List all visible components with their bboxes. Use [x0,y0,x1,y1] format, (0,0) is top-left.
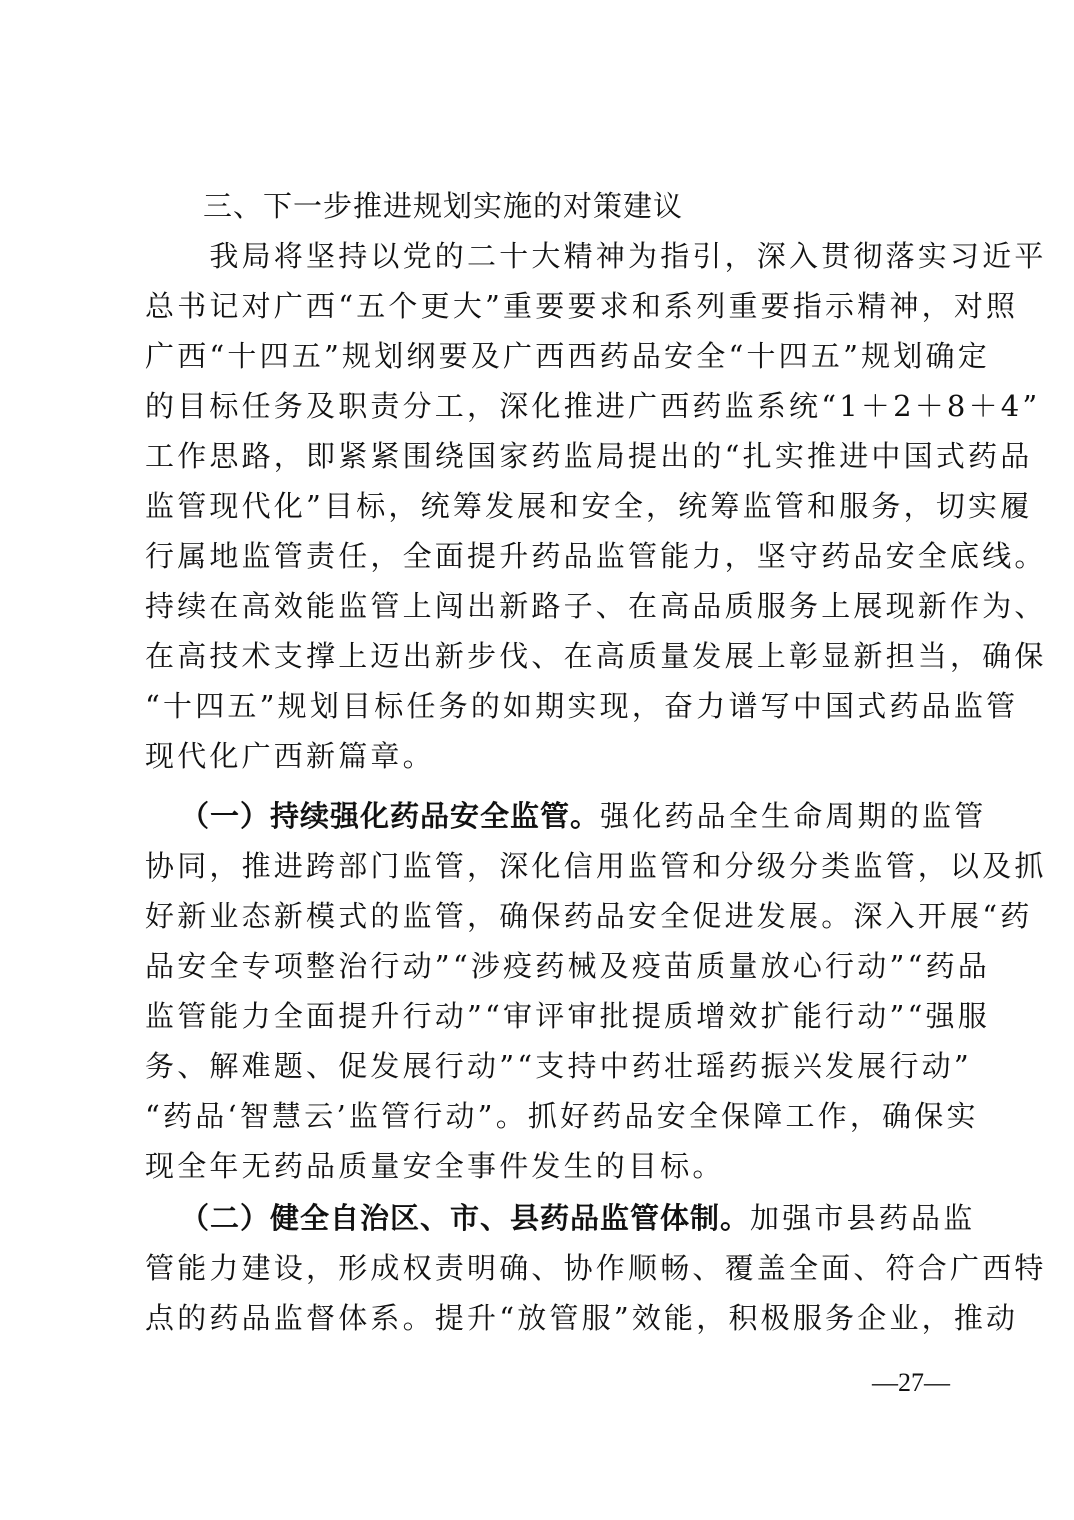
paragraph-line: “十四五”规划目标任务的如期实现，奋力谱写中国式药品监管 [145,686,945,726]
subsection-first-line: （一）持续强化药品安全监管。强化药品全生命周期的监管 [180,796,980,836]
page-number: —27— [872,1366,950,1400]
paragraph-line: “药品‘智慧云’监管行动”。抓好药品安全保障工作，确保实 [145,1096,945,1136]
paragraph-line: 行属地监管责任，全面提升药品监管能力，坚守药品安全底线。 [145,536,945,576]
subsection-text: 加强市县药品监 [750,1201,975,1235]
section-heading: 三、下一步推进规划实施的对策建议 [203,186,1003,226]
paragraph-line: 的目标任务及职责分工，深化推进广西药监系统“1＋2＋8＋4” [145,386,945,426]
paragraph-line: 点的药品监督体系。提升“放管服”效能，积极服务企业，推动 [145,1298,945,1338]
paragraph-line: 持续在高效能监管上闯出新路子、在高品质服务上展现新作为、 [145,586,945,626]
subsection-first-line: （二）健全自治区、市、县药品监管体制。加强市县药品监 [180,1198,980,1238]
paragraph-line: 监管现代化”目标，统筹发展和安全，统筹监管和服务，切实履 [145,486,945,526]
paragraph-line: 现全年无药品质量安全事件发生的目标。 [145,1146,945,1186]
paragraph-line: 协同，推进跨部门监管，深化信用监管和分级分类监管，以及抓 [145,846,945,886]
paragraph-line: 品安全专项整治行动”“涉疫药械及疫苗质量放心行动”“药品 [145,946,945,986]
paragraph-line: 监管能力全面提升行动”“审评审批提质增效扩能行动”“强服 [145,996,945,1036]
subsection-heading-2: （二）健全自治区、市、县药品监管体制。 [180,1201,750,1235]
subsection-text: 强化药品全生命周期的监管 [600,799,986,833]
paragraph-line: 务、解难题、促发展行动”“支持中药壮瑶药振兴发展行动” [145,1046,945,1086]
paragraph-line: 好新业态新模式的监管，确保药品安全促进发展。深入开展“药 [145,896,945,936]
paragraph-line: 现代化广西新篇章。 [145,736,945,776]
subsection-heading-1: （一）持续强化药品安全监管。 [180,799,600,833]
paragraph-line: 我局将坚持以党的二十大精神为指引，深入贯彻落实习近平 [145,236,945,276]
paragraph-line: 在高技术支撑上迈出新步伐、在高质量发展上彰显新担当，确保 [145,636,945,676]
paragraph-line: 管能力建设，形成权责明确、协作顺畅、覆盖全面、符合广西特 [145,1248,945,1288]
document-page: 三、下一步推进规划实施的对策建议 我局将坚持以党的二十大精神为指引，深入贯彻落实… [0,0,1074,1520]
paragraph-line: 总书记对广西“五个更大”重要要求和系列重要指示精神，对照 [145,286,945,326]
paragraph-line: 广西“十四五”规划纲要及广西西药品安全“十四五”规划确定 [145,336,945,376]
paragraph-line: 工作思路，即紧紧围绕国家药监局提出的“扎实推进中国式药品 [145,436,945,476]
